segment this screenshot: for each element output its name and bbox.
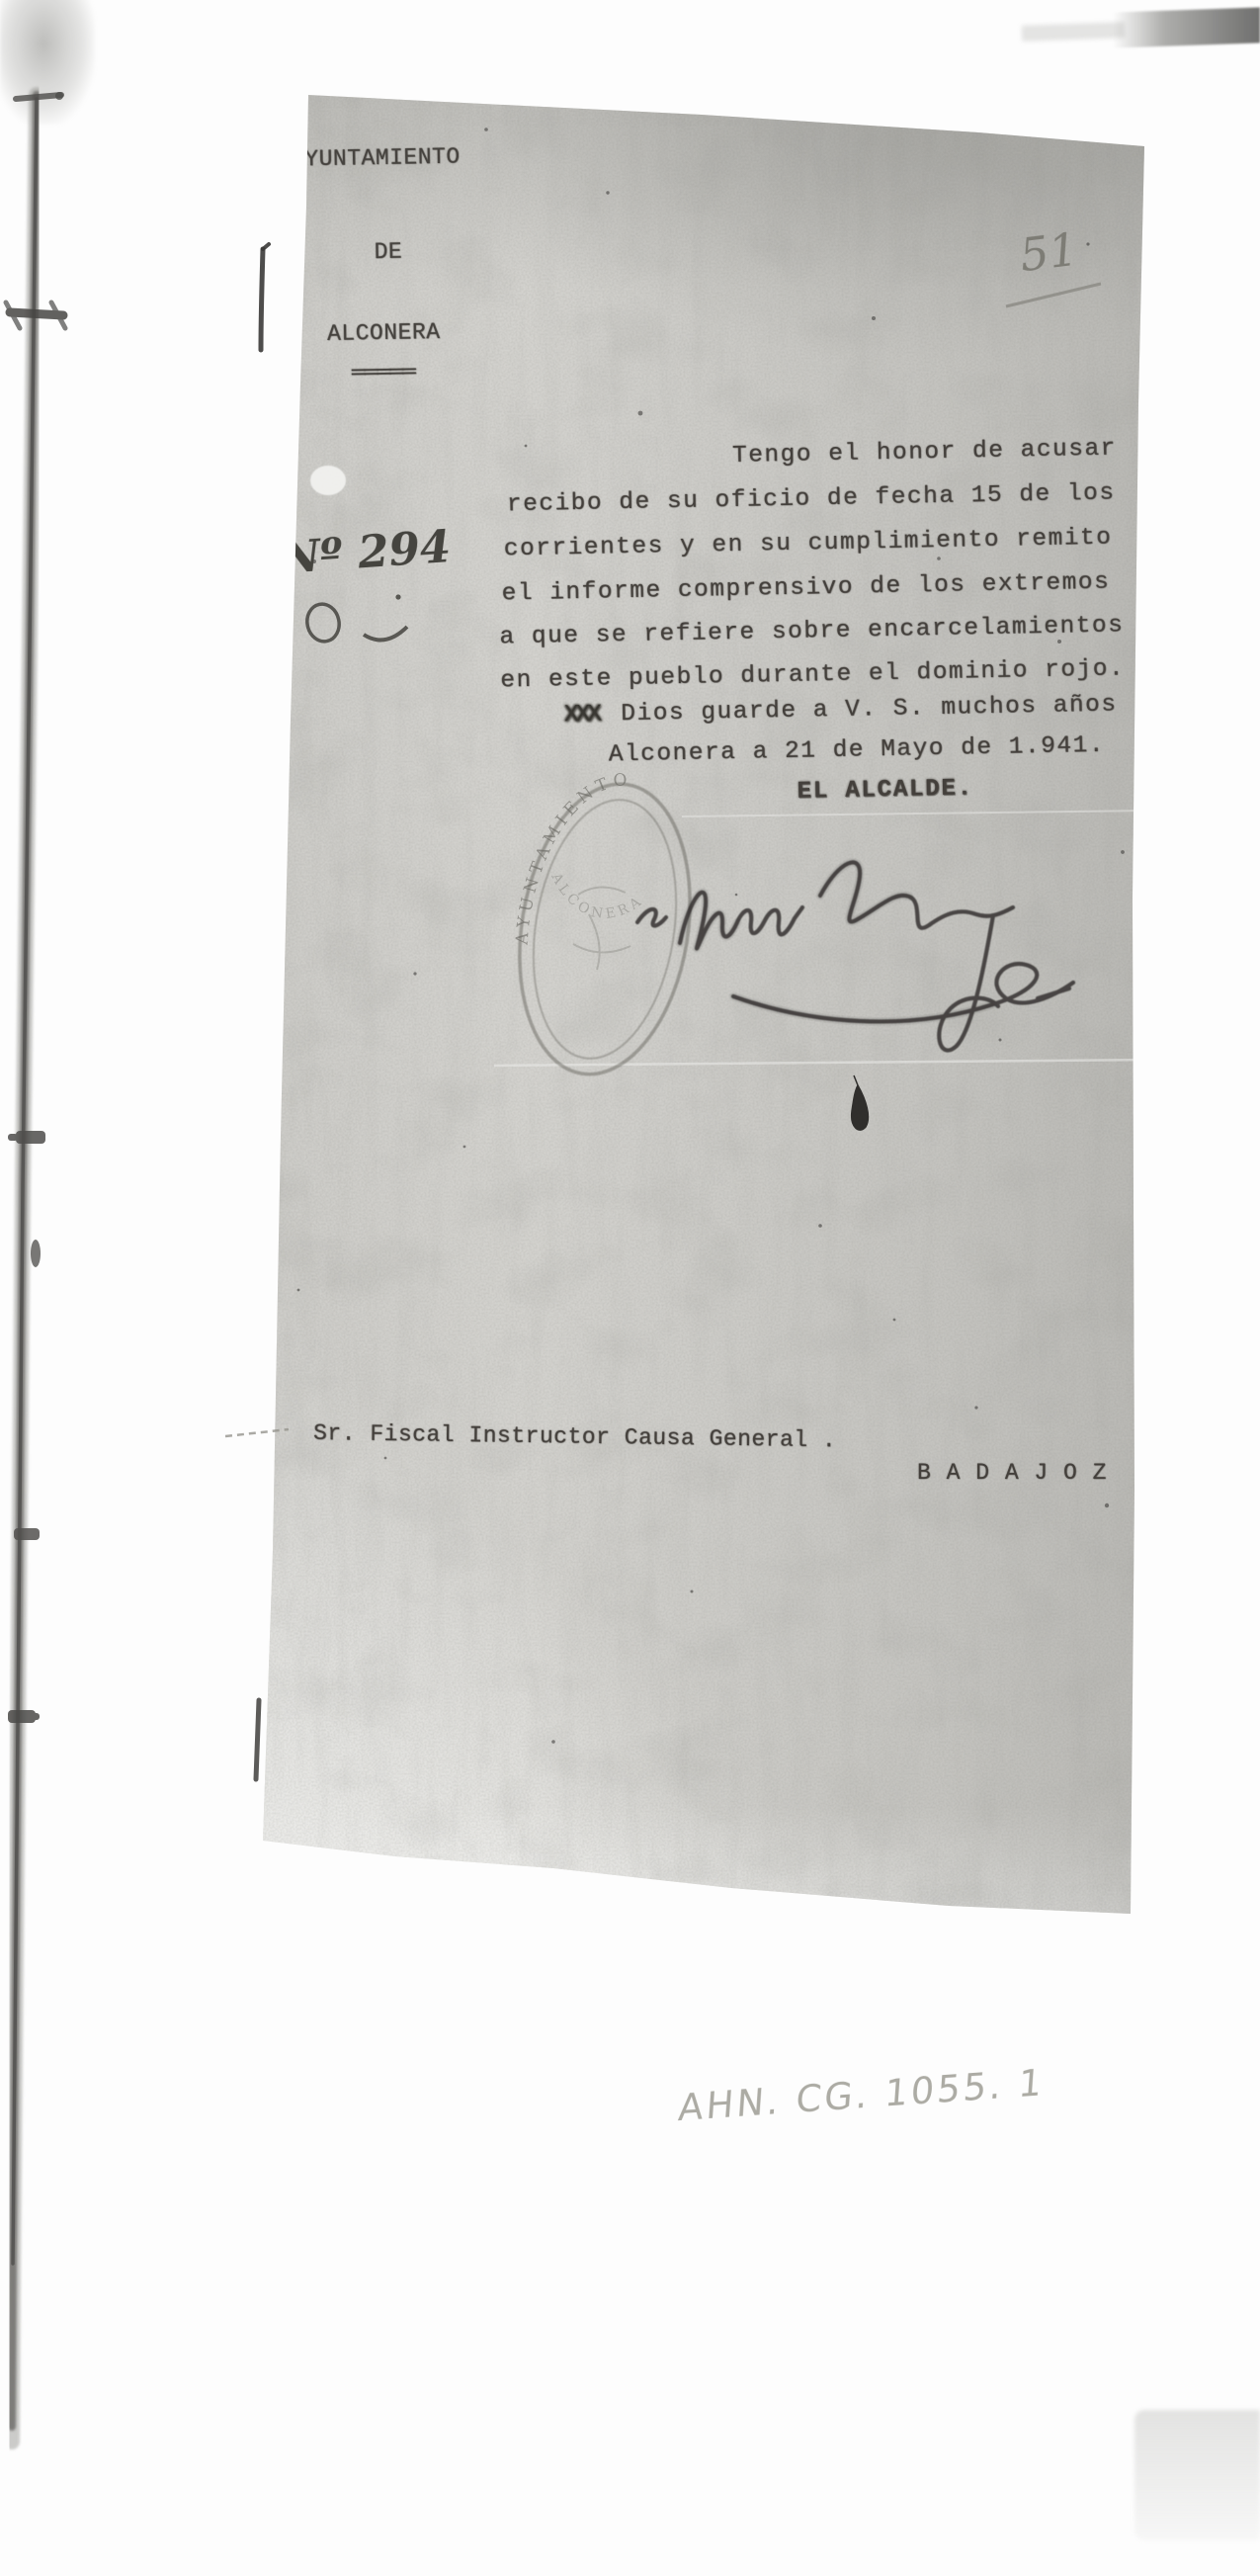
scan-shadow-band-top-right <box>1113 7 1260 47</box>
document-sheet: AYUNTAMIENTO ALCONERA Manuel Rodriguez <box>257 87 1158 1935</box>
city-line: B A D A J O Z <box>917 1460 1107 1486</box>
scan-smudge-top-left <box>0 0 95 125</box>
addressee-line: Sr. Fiscal Instructor Causa General . <box>313 1420 836 1453</box>
letter-line: Alconera a 21 de Mayo de 1.941. <box>609 732 1106 769</box>
letter-line: en este pueblo durante el dominio rojo. <box>500 655 1125 694</box>
letter-line: a que se refiere sobre encarcelamientos <box>499 612 1124 650</box>
letter-line: XXX Dios guarde a V. S. muchos años <box>564 692 1118 730</box>
letter-line: Tengo el honor de acusar <box>732 436 1117 470</box>
letterhead-preposition: DE <box>374 239 402 265</box>
scanned-document-page: AYUNTAMIENTO ALCONERA Manuel Rodriguez <box>0 0 1260 2576</box>
letterhead-municipality: ALCONERA <box>327 319 441 347</box>
registry-number: Nº 294 <box>278 520 453 584</box>
rod-clamp-2 <box>8 1131 45 1144</box>
scan-shadow-band-tail <box>1022 22 1125 42</box>
binding-rod <box>12 95 37 2442</box>
rod-clamp-1 <box>6 302 65 328</box>
archive-reference: AHN. CG. 1055. 1 <box>677 2061 1047 2129</box>
folio-number: 51 <box>1017 222 1081 283</box>
letter-line: el informe comprensivo de los extremos <box>501 569 1110 608</box>
rod-notch <box>31 1240 41 1267</box>
letter-line: recibo de su oficio de fecha 15 de los <box>507 480 1116 519</box>
strikeout-blot: XXX <box>564 702 600 730</box>
staple-bottom <box>256 1700 259 1779</box>
rod-clamp-3 <box>14 1528 40 1540</box>
letter-line: corrientes y en su cumplimiento remito <box>504 525 1113 563</box>
staple-top <box>261 244 269 350</box>
scan-texture-bottom-right <box>1134 2410 1260 2540</box>
letterhead-rule: ═════ <box>352 359 415 386</box>
letter-line: EL ALCALDE. <box>797 775 973 805</box>
letterhead-organization: AYUNTAMIENTO <box>291 144 461 173</box>
rod-clamp-4 <box>8 1710 40 1723</box>
